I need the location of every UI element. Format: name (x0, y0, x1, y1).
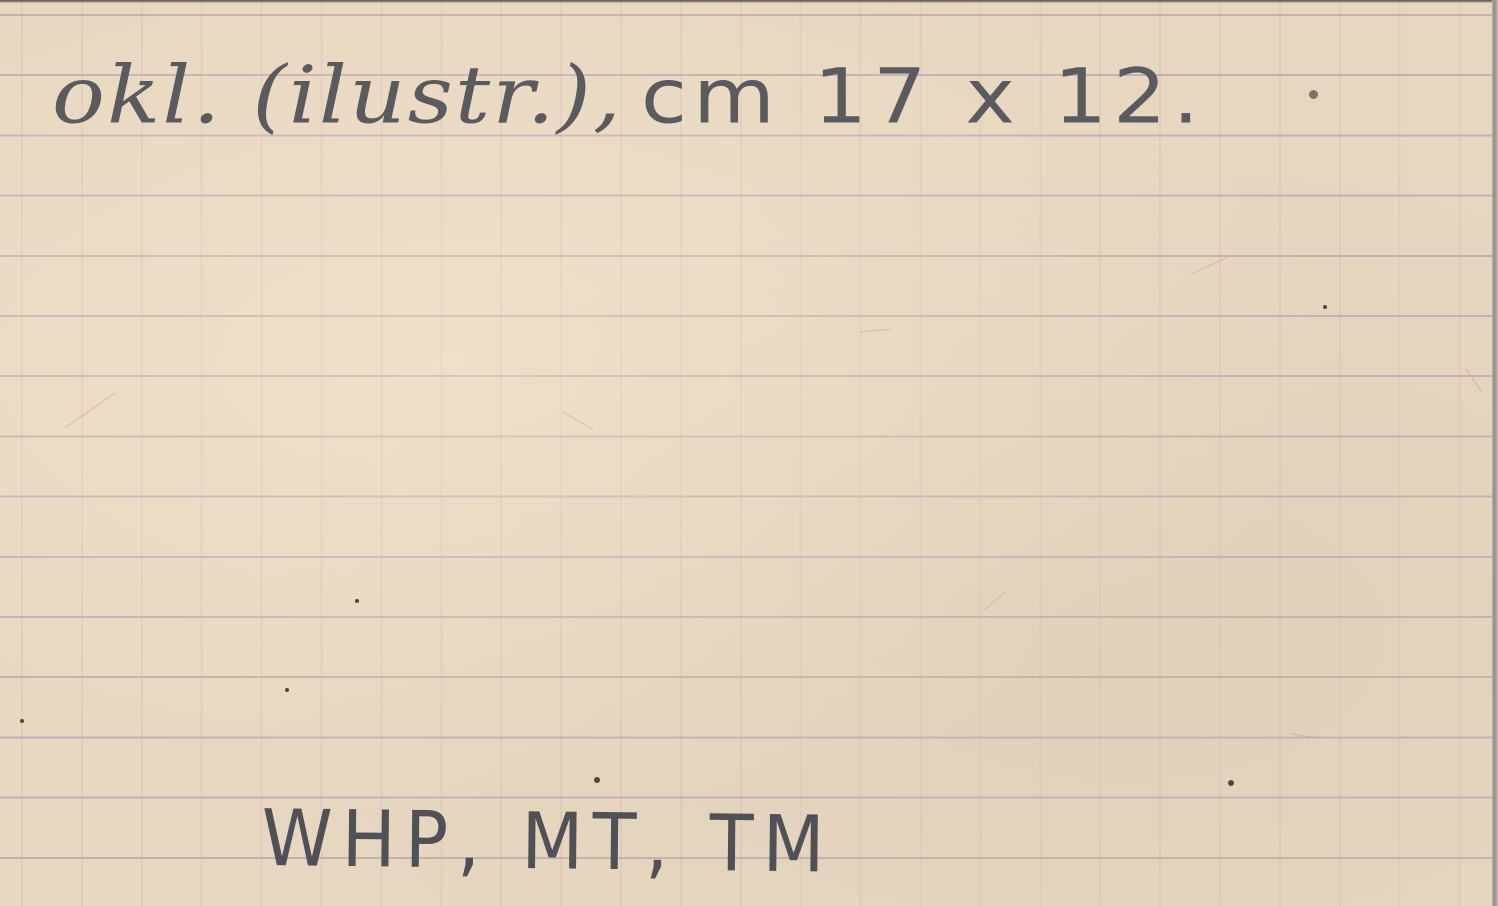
dimensions-note: cm 17 x 12. (641, 52, 1205, 140)
paper-speck (594, 777, 600, 783)
paper-fiber (1192, 257, 1229, 275)
paper-fiber (562, 411, 593, 429)
paper-speck (1228, 780, 1234, 786)
paper-speck (20, 719, 24, 723)
paper-speck (355, 599, 359, 603)
paper-fiber (65, 393, 115, 428)
paper-fiber (860, 329, 890, 333)
paper-speck (285, 688, 289, 692)
paper-fiber (1290, 733, 1315, 738)
paper-fiber (983, 590, 1007, 610)
handwritten-description-line: okl. (ilustr.),cm 17 x 12. (52, 56, 1205, 135)
binding-note: okl. (ilustr.), (52, 49, 623, 142)
card-right-edge (1492, 0, 1498, 906)
paper-speck (1323, 305, 1327, 309)
paper-fiber (1466, 369, 1483, 393)
paper-speck (1309, 90, 1318, 99)
initials-signature: WHP, MT, TM (261, 800, 834, 885)
card-top-edge (0, 0, 1498, 3)
catalogue-card: okl. (ilustr.),cm 17 x 12. WHP, MT, TM (0, 0, 1498, 906)
